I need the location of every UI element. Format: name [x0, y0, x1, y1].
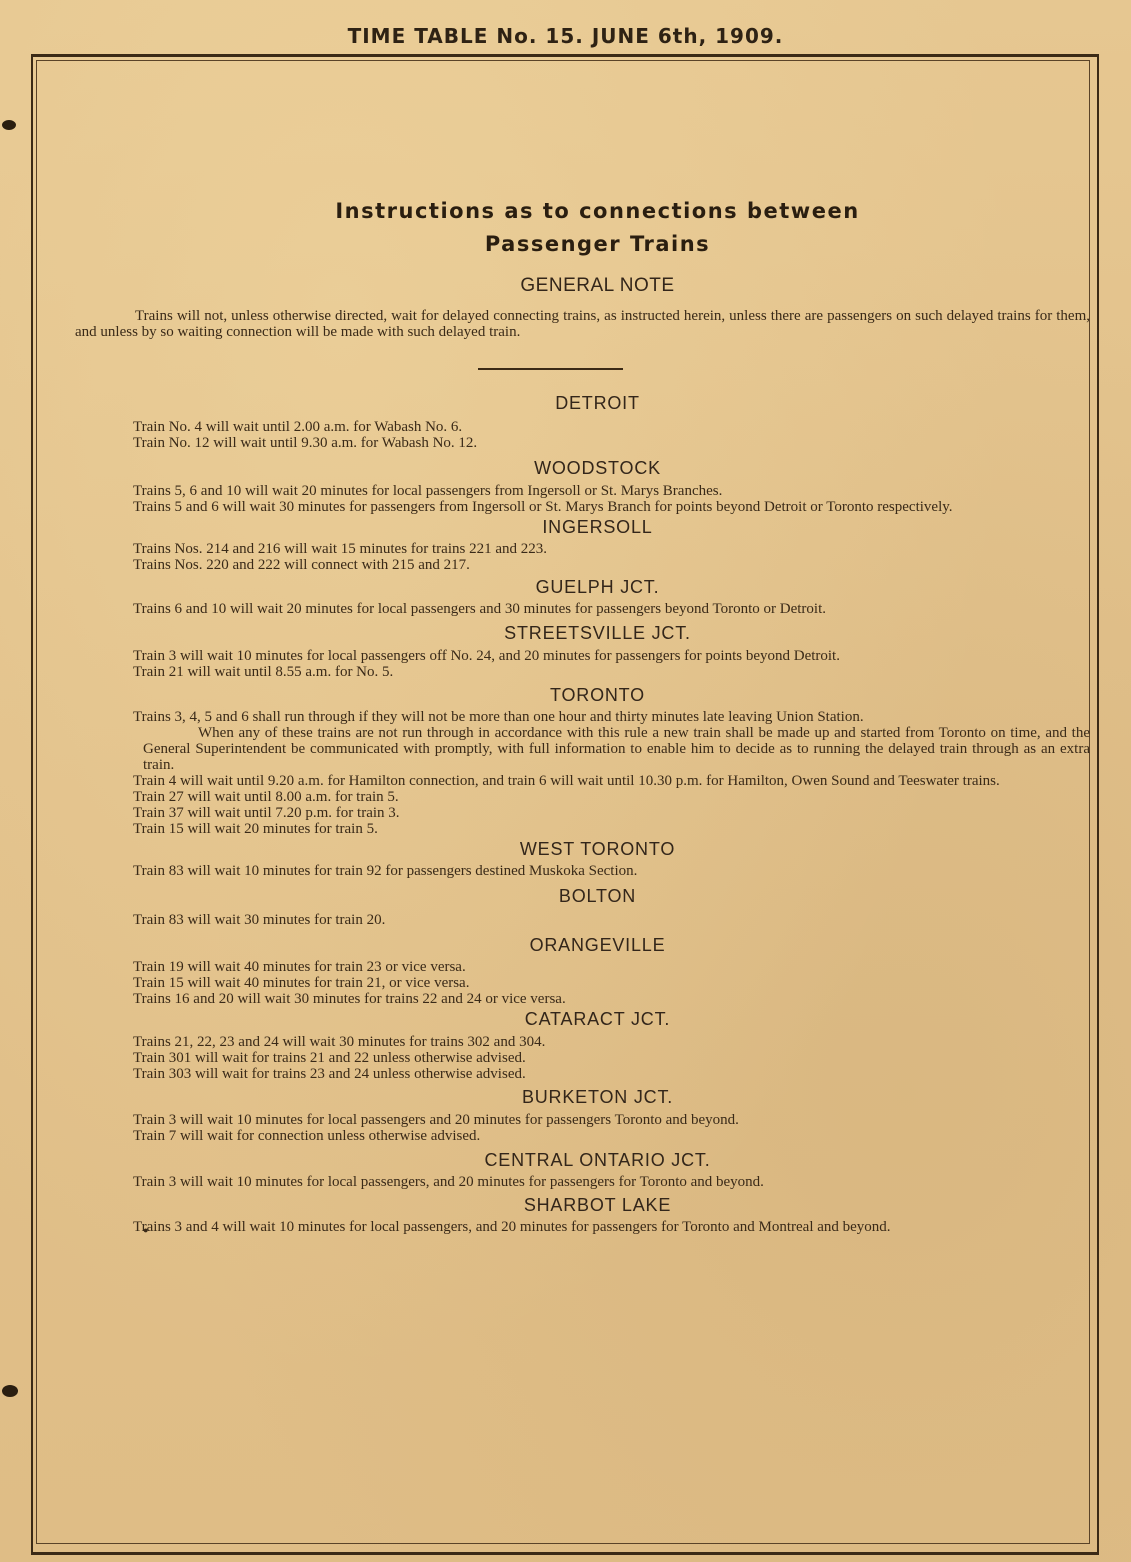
instruction-line: Train 303 will wait for trains 23 and 24… [75, 1066, 1090, 1082]
instruction-line: Train 7 will wait for connection unless … [75, 1128, 1090, 1144]
instruction-line: When any of these trains are not run thr… [75, 725, 1090, 773]
instruction-line: Trains 5 and 6 will wait 30 minutes for … [75, 499, 1090, 515]
station-heading-detroit: DETROIT [105, 392, 1090, 414]
instruction-line: Train 21 will wait until 8.55 a.m. for N… [75, 664, 1090, 680]
general-note-heading: GENERAL NOTE [105, 275, 1090, 297]
station-heading-guelph-jct: GUELPH JCT. [105, 576, 1090, 598]
page-header: TIME TABLE No. 15. JUNE 6th, 1909. [0, 24, 1131, 48]
station-heading-central-ontario-jct: CENTRAL ONTARIO JCT. [105, 1149, 1090, 1171]
instruction-line: Train 3 will wait 10 minutes for local p… [75, 1174, 1090, 1190]
instruction-line: Trains Nos. 214 and 216 will wait 15 min… [75, 541, 1090, 557]
instruction-line: Train 83 will wait 30 minutes for train … [75, 912, 1090, 928]
instruction-line: Train No. 12 will wait until 9.30 a.m. f… [75, 435, 1090, 451]
instruction-line: Train 19 will wait 40 minutes for train … [75, 959, 1090, 975]
station-heading-bolton: BOLTON [105, 885, 1090, 907]
binder-hole-bottom [2, 1385, 18, 1397]
station-heading-toronto: TORONTO [105, 684, 1090, 706]
station-heading-woodstock: WOODSTOCK [105, 457, 1090, 479]
instruction-line: Trains 5, 6 and 10 will wait 20 minutes … [75, 483, 1090, 499]
instruction-line: Trains 21, 22, 23 and 24 will wait 30 mi… [75, 1034, 1090, 1050]
document-title-line-1: Instructions as to connections between [105, 195, 1090, 228]
instruction-line: Train 15 will wait 40 minutes for train … [75, 975, 1090, 991]
document-title-line-2: Passenger Trains [105, 228, 1090, 261]
instruction-line: Trains Nos. 220 and 222 will connect wit… [75, 557, 1090, 573]
instruction-line: Train 3 will wait 10 minutes for local p… [75, 648, 1090, 664]
instruction-line: Train 27 will wait until 8.00 a.m. for t… [75, 789, 1090, 805]
instruction-line: Train 4 will wait until 9.20 a.m. for Ha… [75, 773, 1090, 789]
section-divider [478, 368, 623, 370]
instruction-line: Train 83 will wait 10 minutes for train … [75, 863, 1090, 879]
instruction-line: Train No. 4 will wait until 2.00 a.m. fo… [75, 419, 1090, 435]
instruction-line: Trains 3 and 4 will wait 10 minutes for … [75, 1219, 1090, 1235]
binder-hole-top [2, 120, 16, 130]
instruction-line: Trains 16 and 20 will wait 30 minutes fo… [75, 991, 1090, 1007]
station-heading-sharbot-lake: SHARBOT LAKE [105, 1194, 1090, 1216]
instruction-line: Trains 6 and 10 will wait 20 minutes for… [75, 601, 1090, 617]
general-note-text: Trains will not, unless otherwise direct… [75, 308, 1090, 340]
instruction-line: Train 301 will wait for trains 21 and 22… [75, 1050, 1090, 1066]
instruction-line: Train 3 will wait 10 minutes for local p… [75, 1112, 1090, 1128]
station-heading-ingersoll: INGERSOLL [105, 516, 1090, 538]
station-heading-orangeville: ORANGEVILLE [105, 934, 1090, 956]
station-heading-cataract-jct: CATARACT JCT. [105, 1008, 1090, 1030]
station-heading-west-toronto: WEST TORONTO [105, 838, 1090, 860]
instruction-line: Trains 3, 4, 5 and 6 shall run through i… [75, 709, 1090, 725]
document-body: Instructions as to connections between P… [75, 195, 1090, 1235]
station-heading-streetsville-jct: STREETSVILLE JCT. [105, 622, 1090, 644]
instruction-line: Train 15 will wait 20 minutes for train … [75, 821, 1090, 837]
instruction-line: Train 37 will wait until 7.20 p.m. for t… [75, 805, 1090, 821]
station-heading-burketon-jct: BURKETON JCT. [105, 1086, 1090, 1108]
